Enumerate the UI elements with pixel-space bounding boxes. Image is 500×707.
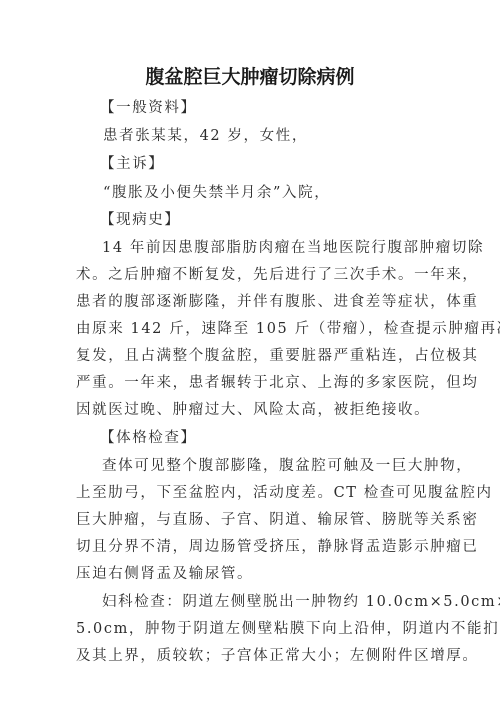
history-line-2: 术。之后肿瘤不断复发，先后进行了三次手术。一年来，	[76, 263, 436, 284]
history-line-6: 严重。一年来，患者辗转于北京、上海的多家医院，但均	[76, 371, 436, 392]
exam-line-1: 查体可见整个腹部膨隆，腹盆腔可触及一巨大肿物，	[102, 454, 462, 475]
section-heading-complaint: 【主诉】	[100, 152, 460, 173]
gyn-exam-line-2: 5.0cm，肿物于阴道左侧壁粘膜下向上沿伸，阴道内不能扪	[76, 617, 436, 638]
general-info-text: 患者张某某，42 岁，女性，	[103, 124, 463, 145]
document-title: 腹盆腔巨大肿瘤切除病例	[0, 62, 500, 89]
section-heading-general: 【一般资料】	[100, 96, 460, 117]
section-heading-history: 【现病史】	[100, 208, 460, 229]
exam-line-3: 巨大肿瘤，与直肠、子宫、阴道、输尿管、膀胱等关系密	[76, 508, 436, 529]
history-line-7: 因就医过晚、肿瘤过大、风险太高，被拒绝接收。	[76, 398, 436, 419]
history-line-3: 患者的腹部逐渐膨隆，并伴有腹胀、进食差等症状，体重	[76, 290, 436, 311]
exam-line-2: 上至肋弓，下至盆腔内，活动度差。CT 检查可见腹盆腔内	[76, 481, 436, 502]
complaint-text: “腹胀及小便失禁半月余”入院，	[103, 181, 463, 202]
section-heading-exam: 【体格检查】	[100, 426, 460, 447]
gyn-exam-line-1: 妇科检查：阴道左侧壁脱出一肿物约 10.0cm×5.0cm×	[102, 590, 462, 611]
history-line-4: 由原来 142 斤，速降至 105 斤（带瘤），检查提示肿瘤再次	[76, 317, 436, 338]
exam-line-4: 切且分界不清，周边肠管受挤压，静脉肾盂造影示肿瘤已	[76, 535, 436, 556]
exam-line-5: 压迫右侧肾盂及输尿管。	[76, 562, 436, 583]
gyn-exam-line-3: 及其上界，质较软；子宫体正常大小；左侧附件区增厚。	[76, 644, 436, 665]
history-line-5: 复发，且占满整个腹盆腔，重要脏器严重粘连，占位极其	[76, 344, 436, 365]
history-line-1: 14 年前因患腹部脂肪肉瘤在当地医院行腹部肿瘤切除	[102, 236, 462, 257]
document-page: 腹盆腔巨大肿瘤切除病例 【一般资料】 患者张某某，42 岁，女性， 【主诉】 “…	[0, 0, 500, 707]
